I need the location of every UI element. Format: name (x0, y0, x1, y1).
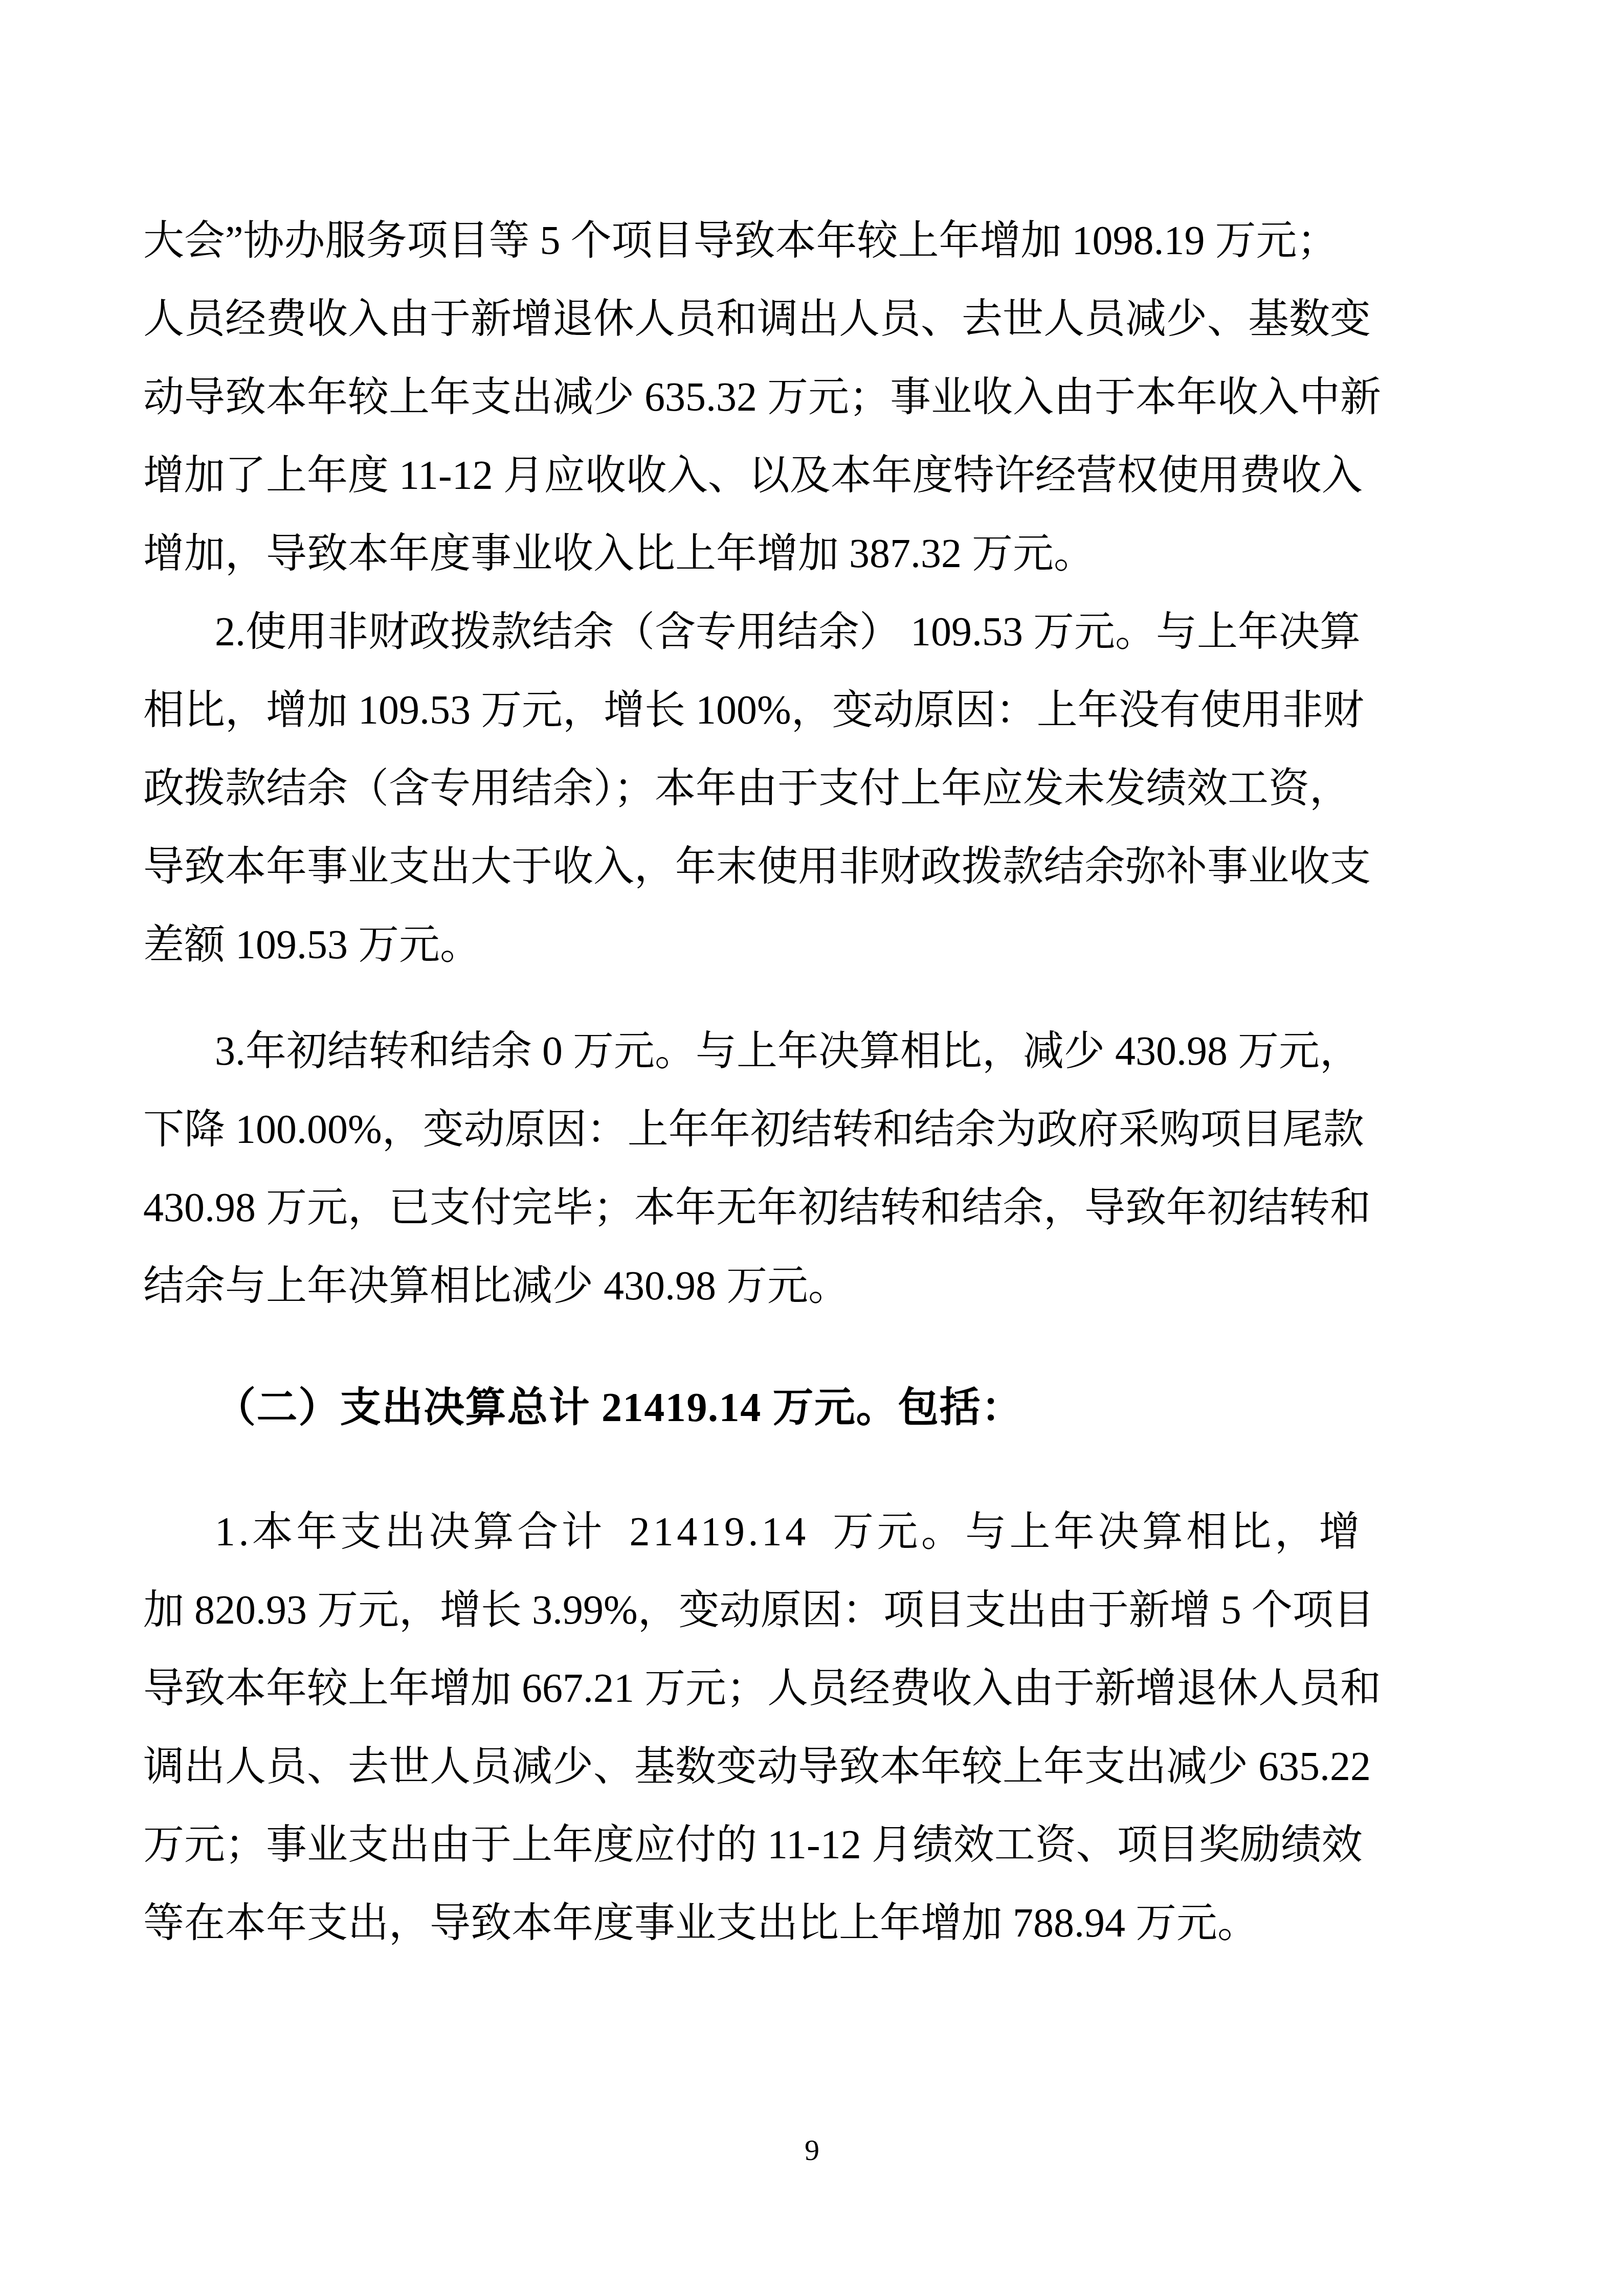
document-body: 大会”协办服务项目等 5 个项目导致本年较上年增加 1098.19 万元； 人员… (143, 202, 1488, 1963)
text-line: 2.使用非财政拨款结余（含专用结余） 109.53 万元。与上年决算 (143, 593, 1488, 671)
text-line: 结余与上年决算相比减少 430.98 万元。 (143, 1247, 1488, 1325)
text-line: 动导致本年较上年支出减少 635.32 万元；事业收入由于本年收入中新 (143, 358, 1488, 437)
paragraph-non-fiscal-balance: 2.使用非财政拨款结余（含专用结余） 109.53 万元。与上年决算 相比，增加… (143, 593, 1488, 984)
paragraph-expenditure-detail: 1.本年支出决算合计 21419.14 万元。与上年决算相比，增 加 820.9… (143, 1493, 1488, 1963)
text-line: 政拨款结余（含专用结余）；本年由于支付上年应发未发绩效工资， (143, 750, 1488, 828)
text-line: 3.年初结转和结余 0 万元。与上年决算相比，减少 430.98 万元， (143, 1012, 1488, 1091)
section-heading: （二）支出决算总计 21419.14 万元。包括： (143, 1369, 1488, 1447)
text-line: 增加了上年度 11-12 月应收收入、以及本年度特许经营权使用费收入 (143, 437, 1488, 515)
text-line: 增加，导致本年度事业收入比上年增加 387.32 万元。 (143, 515, 1488, 593)
text-line: 导致本年较上年增加 667.21 万元；人员经费收入由于新增退休人员和 (143, 1650, 1488, 1728)
text-line: 人员经费收入由于新增退休人员和调出人员、去世人员减少、基数变 (143, 280, 1488, 358)
text-line: 大会”协办服务项目等 5 个项目导致本年较上年增加 1098.19 万元； (143, 202, 1488, 280)
text-line: 万元；事业支出由于上年度应付的 11-12 月绩效工资、项目奖励绩效 (143, 1806, 1488, 1884)
paragraph-income-change: 大会”协办服务项目等 5 个项目导致本年较上年增加 1098.19 万元； 人员… (143, 202, 1488, 593)
text-line: 导致本年事业支出大于收入，年末使用非财政拨款结余弥补事业收支 (143, 828, 1488, 906)
text-line: 430.98 万元，已支付完毕；本年无年初结转和结余，导致年初结转和 (143, 1169, 1488, 1247)
paragraph-opening-balance: 3.年初结转和结余 0 万元。与上年决算相比，减少 430.98 万元， 下降 … (143, 1012, 1488, 1325)
text-line: 下降 100.00%，变动原因：上年年初结转和结余为政府采购项目尾款 (143, 1091, 1488, 1169)
text-line: 等在本年支出，导致本年度事业支出比上年增加 788.94 万元。 (143, 1884, 1488, 1963)
section-heading-expenditure: （二）支出决算总计 21419.14 万元。包括： (143, 1369, 1488, 1447)
text-line: 差额 109.53 万元。 (143, 906, 1488, 984)
text-line: 1.本年支出决算合计 21419.14 万元。与上年决算相比，增 (143, 1493, 1488, 1571)
text-line: 调出人员、去世人员减少、基数变动导致本年较上年支出减少 635.22 (143, 1728, 1488, 1806)
document-page: 大会”协办服务项目等 5 个项目导致本年较上年增加 1098.19 万元； 人员… (0, 0, 1624, 2296)
text-line: 相比，增加 109.53 万元，增长 100%，变动原因：上年没有使用非财 (143, 671, 1488, 750)
text-line: 加 820.93 万元，增长 3.99%，变动原因：项目支出由于新增 5 个项目 (143, 1571, 1488, 1650)
page-number: 9 (0, 2130, 1624, 2171)
